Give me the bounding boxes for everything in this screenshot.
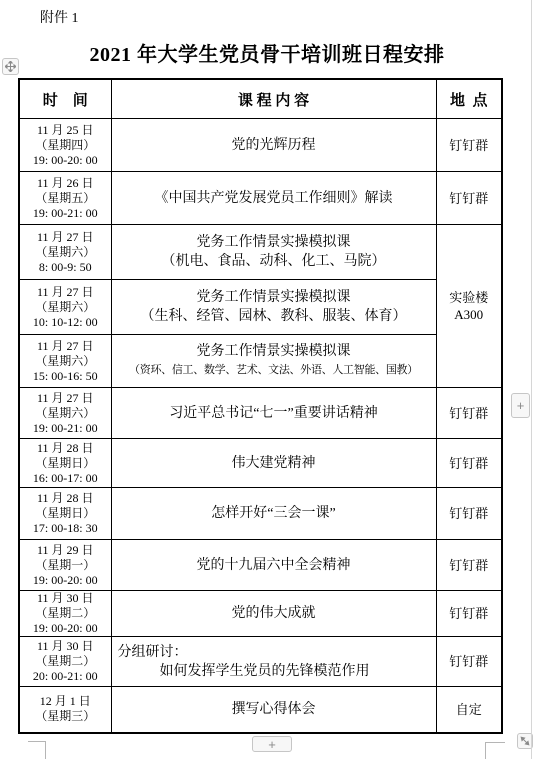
time-text: 10: 10-12: 00 — [20, 315, 111, 330]
time-cell[interactable]: 11 月 30 日（星期二）19: 00-20: 00 — [19, 591, 111, 637]
date-text: 11 月 28 日 — [20, 491, 111, 506]
time-text: 20: 00-21: 00 — [20, 669, 111, 684]
course-cell[interactable]: 怎样开好“三会一课” — [111, 488, 436, 540]
table-row: 11 月 29 日（星期一）19: 00-20: 00党的十九届六中全会精神钉钉… — [19, 540, 502, 591]
course-text: 党务工作情景实操模拟课 — [112, 288, 436, 307]
time-cell[interactable]: 12 月 1 日（星期三） — [19, 687, 111, 733]
insert-column-button[interactable]: + — [511, 393, 530, 418]
course-text: 撰写心得体会 — [112, 700, 436, 719]
table-row: 11 月 25 日（星期四）19: 00-20: 00党的光辉历程钉钉群 — [19, 119, 502, 172]
course-text: 分组研讨： — [112, 643, 436, 662]
location-cell[interactable]: 钉钉群 — [436, 591, 502, 637]
header-location[interactable]: 地 点 — [436, 79, 502, 119]
table-row: 11 月 27 日（星期六）19: 00-21: 00习近平总书记“七一”重要讲… — [19, 388, 502, 439]
course-text: 怎样开好“三会一课” — [112, 504, 436, 523]
weekday-text: （星期五） — [20, 191, 111, 206]
weekday-text: （星期四） — [20, 138, 111, 153]
header-course[interactable]: 课 程 内 容 — [111, 79, 436, 119]
course-text: 党的伟大成就 — [112, 604, 436, 623]
table-row: 11 月 27 日（星期六）8: 00-9: 50党务工作情景实操模拟课（机电、… — [19, 225, 502, 280]
header-time[interactable]: 时 间 — [19, 79, 111, 119]
course-text: 习近平总书记“七一”重要讲话精神 — [112, 404, 436, 423]
weekday-text: （星期六） — [20, 354, 111, 369]
time-text: 16: 00-17: 00 — [20, 471, 111, 486]
time-cell[interactable]: 11 月 27 日（星期六）15: 00-16: 50 — [19, 335, 111, 388]
course-text: 党务工作情景实操模拟课 — [112, 342, 436, 361]
date-text: 11 月 29 日 — [20, 543, 111, 558]
course-text: 如何发挥学生党员的先锋模范作用 — [112, 662, 436, 681]
date-text: 11 月 30 日 — [20, 591, 111, 606]
course-cell[interactable]: 《中国共产党发展党员工作细则》解读 — [111, 172, 436, 225]
resize-icon — [520, 736, 530, 746]
table-row: 11 月 27 日（星期六）10: 10-12: 00党务工作情景实操模拟课（生… — [19, 280, 502, 335]
course-text: 党务工作情景实操模拟课 — [112, 233, 436, 252]
time-text: 15: 00-16: 50 — [20, 369, 111, 384]
date-text: 12 月 1 日 — [20, 694, 111, 709]
weekday-text: （星期六） — [20, 300, 111, 315]
course-cell[interactable]: 分组研讨：如何发挥学生党员的先锋模范作用 — [111, 637, 436, 687]
course-cell[interactable]: 伟大建党精神 — [111, 439, 436, 488]
weekday-text: （星期二） — [20, 606, 111, 621]
location-cell[interactable]: 钉钉群 — [436, 540, 502, 591]
course-text: 党的十九届六中全会精神 — [112, 556, 436, 575]
weekday-text: （星期一） — [20, 558, 111, 573]
time-text: 19: 00-21: 00 — [20, 206, 111, 221]
location-cell[interactable]: 钉钉群 — [436, 439, 502, 488]
weekday-text: （星期日） — [20, 456, 111, 471]
course-cell[interactable]: 党的伟大成就 — [111, 591, 436, 637]
table-row: 12 月 1 日（星期三）撰写心得体会自定 — [19, 687, 502, 733]
location-cell[interactable]: 钉钉群 — [436, 637, 502, 687]
weekday-text: （星期三） — [20, 709, 111, 724]
course-text: 伟大建党精神 — [112, 454, 436, 473]
course-cell[interactable]: 党务工作情景实操模拟课（资环、信工、数学、艺术、文法、外语、人工智能、国教） — [111, 335, 436, 388]
weekday-text: （星期二） — [20, 654, 111, 669]
course-text: 《中国共产党发展党员工作细则》解读 — [112, 189, 436, 208]
attachment-label[interactable]: 附件 1 — [40, 7, 79, 27]
time-text: 19: 00-20: 00 — [20, 573, 111, 588]
weekday-text: （星期六） — [20, 245, 111, 260]
schedule-table: 时 间 课 程 内 容 地 点 11 月 25 日（星期四）19: 00-20:… — [18, 78, 503, 734]
time-text: 19: 00-21: 00 — [20, 421, 111, 436]
table-header-row: 时 间 课 程 内 容 地 点 — [19, 79, 502, 119]
time-text: 8: 00-9: 50 — [20, 260, 111, 275]
date-text: 11 月 30 日 — [20, 639, 111, 654]
course-cell[interactable]: 党务工作情景实操模拟课（机电、食品、动科、化工、马院） — [111, 225, 436, 280]
location-cell[interactable]: 钉钉群 — [436, 172, 502, 225]
location-text: 实验楼 — [437, 289, 502, 306]
time-text: 17: 00-18: 30 — [20, 521, 111, 536]
course-text: （生科、经管、园林、教科、服装、体育） — [112, 307, 436, 326]
course-cell[interactable]: 撰写心得体会 — [111, 687, 436, 733]
course-text: （机电、食品、动科、化工、马院） — [112, 252, 436, 271]
location-cell[interactable]: 钉钉群 — [436, 388, 502, 439]
page-edge-line — [531, 0, 532, 759]
location-cell[interactable]: 实验楼A300 — [436, 225, 502, 388]
date-text: 11 月 26 日 — [20, 176, 111, 191]
time-text: 19: 00-20: 00 — [20, 153, 111, 168]
time-cell[interactable]: 11 月 27 日（星期六）10: 10-12: 00 — [19, 280, 111, 335]
date-text: 11 月 27 日 — [20, 230, 111, 245]
course-cell[interactable]: 党的光辉历程 — [111, 119, 436, 172]
date-text: 11 月 27 日 — [20, 391, 111, 406]
time-text: 19: 00-20: 00 — [20, 621, 111, 636]
course-cell[interactable]: 习近平总书记“七一”重要讲话精神 — [111, 388, 436, 439]
table-row: 11 月 30 日（星期二）19: 00-20: 00党的伟大成就钉钉群 — [19, 591, 502, 637]
location-cell[interactable]: 钉钉群 — [436, 119, 502, 172]
time-cell[interactable]: 11 月 27 日（星期六）8: 00-9: 50 — [19, 225, 111, 280]
location-text: A300 — [437, 306, 502, 323]
text-boundary-mark-bottom-left — [28, 741, 46, 759]
weekday-text: （星期六） — [20, 406, 111, 421]
table-row: 11 月 30 日（星期二）20: 00-21: 00分组研讨：如何发挥学生党员… — [19, 637, 502, 687]
table-row: 11 月 28 日（星期日）17: 00-18: 30怎样开好“三会一课”钉钉群 — [19, 488, 502, 540]
time-cell[interactable]: 11 月 25 日（星期四）19: 00-20: 00 — [19, 119, 111, 172]
course-cell[interactable]: 党务工作情景实操模拟课（生科、经管、园林、教科、服装、体育） — [111, 280, 436, 335]
table-row: 11 月 26 日（星期五）19: 00-21: 00《中国共产党发展党员工作细… — [19, 172, 502, 225]
time-cell[interactable]: 11 月 26 日（星期五）19: 00-21: 00 — [19, 172, 111, 225]
table-row: 11 月 27 日（星期六）15: 00-16: 50党务工作情景实操模拟课（资… — [19, 335, 502, 388]
text-boundary-mark-bottom-right — [485, 742, 505, 759]
table-move-handle[interactable] — [2, 58, 19, 75]
date-text: 11 月 25 日 — [20, 123, 111, 138]
time-cell[interactable]: 11 月 27 日（星期六）19: 00-21: 00 — [19, 388, 111, 439]
date-text: 11 月 27 日 — [20, 285, 111, 300]
time-cell[interactable]: 11 月 28 日（星期日）17: 00-18: 30 — [19, 488, 111, 540]
time-cell[interactable]: 11 月 30 日（星期二）20: 00-21: 00 — [19, 637, 111, 687]
document-page: 附件 1 2021 年大学生党员骨干培训班日程安排 时 间 — [0, 0, 534, 759]
table-row: 11 月 28 日（星期日）16: 00-17: 00伟大建党精神钉钉群 — [19, 439, 502, 488]
course-text: （资环、信工、数学、艺术、文法、外语、人工智能、国教） — [112, 361, 436, 380]
schedule-table-body: 11 月 25 日（星期四）19: 00-20: 00党的光辉历程钉钉群11 月… — [19, 119, 502, 733]
date-text: 11 月 28 日 — [20, 441, 111, 456]
location-cell[interactable]: 钉钉群 — [436, 488, 502, 540]
time-cell[interactable]: 11 月 28 日（星期日）16: 00-17: 00 — [19, 439, 111, 488]
move-icon — [5, 61, 16, 72]
course-cell[interactable]: 党的十九届六中全会精神 — [111, 540, 436, 591]
weekday-text: （星期日） — [20, 506, 111, 521]
time-cell[interactable]: 11 月 29 日（星期一）19: 00-20: 00 — [19, 540, 111, 591]
location-cell[interactable]: 自定 — [436, 687, 502, 733]
date-text: 11 月 27 日 — [20, 339, 111, 354]
insert-row-button[interactable]: + — [252, 736, 292, 752]
page-title[interactable]: 2021 年大学生党员骨干培训班日程安排 — [0, 38, 534, 67]
course-text: 党的光辉历程 — [112, 136, 436, 155]
